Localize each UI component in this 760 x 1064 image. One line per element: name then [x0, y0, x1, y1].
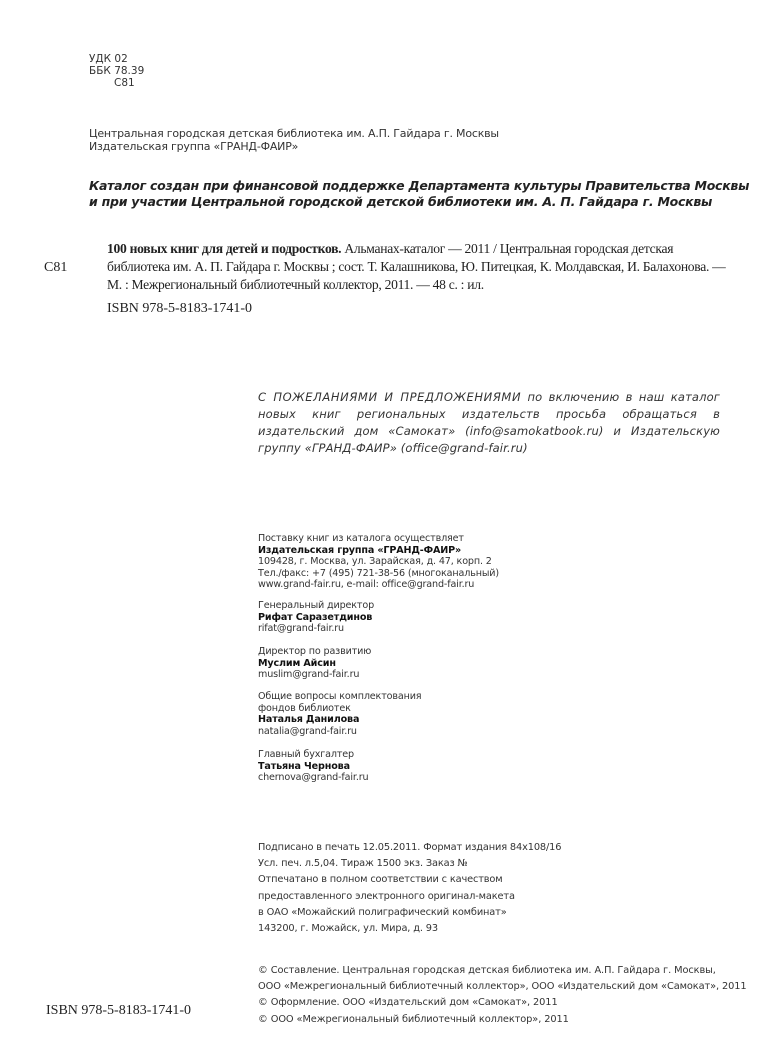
- copyright-block: © Составление. Центральная городская дет…: [258, 963, 747, 1028]
- imprint-line: Подписано в печать 12.05.2011. Формат из…: [258, 840, 561, 856]
- bbk-code: ББК 78.39: [89, 65, 144, 77]
- udk-code: УДК 02: [89, 53, 144, 65]
- bib-line: Альманах-каталог — 2011 / Центральная го…: [341, 241, 673, 256]
- imprint-line: предоставленного электронного оригинал-м…: [258, 889, 561, 905]
- supply-web: www.grand-fair.ru, e-mail: office@grand-…: [258, 579, 499, 591]
- copyright-line: © ООО «Межрегиональный библиотечный колл…: [258, 1012, 747, 1028]
- supply-intro: Поставку книг из каталога осуществляет: [258, 533, 499, 545]
- contact-name: Рифат Саразетдинов: [258, 612, 372, 623]
- support-note: Каталог создан при финансовой поддержке …: [89, 178, 749, 210]
- imprint-line: Усл. печ. л.5,04. Тираж 1500 экз. Заказ …: [258, 856, 561, 872]
- classification-codes: УДК 02 ББК 78.39 С81: [89, 53, 144, 89]
- contact-role: Директор по развитию: [258, 646, 371, 658]
- contact-name: Татьяна Чернова: [258, 761, 350, 772]
- wishes-caps: С ПОЖЕЛАНИЯМИ И ПРЕДЛОЖЕНИЯМИ: [258, 390, 521, 404]
- copyright-line: © Оформление. ООО «Издательский дом «Сам…: [258, 995, 747, 1011]
- bibliographic-record: 100 новых книг для детей и подростков. А…: [107, 240, 727, 294]
- supply-block: Поставку книг из каталога осуществляет И…: [258, 533, 499, 591]
- supply-phone: Тел./факс: +7 (495) 721-38-56 (многокана…: [258, 568, 499, 580]
- supply-address: 109428, г. Москва, ул. Зарайская, д. 47,…: [258, 556, 499, 568]
- contact-role: Общие вопросы комплектования: [258, 691, 421, 703]
- contact-name: Наталья Данилова: [258, 714, 359, 725]
- book-title: 100 новых книг для детей и подростков.: [107, 241, 341, 256]
- contact-email: natalia@grand-fair.ru: [258, 726, 421, 738]
- copyright-line: © Составление. Центральная городская дет…: [258, 963, 747, 979]
- contact-name: Муслим Айсин: [258, 658, 336, 669]
- contact-role: фондов библиотек: [258, 703, 421, 715]
- supply-name: Издательская группа «ГРАНД-ФАИР»: [258, 545, 461, 556]
- imprint-block: Подписано в печать 12.05.2011. Формат из…: [258, 840, 561, 937]
- isbn-footer: ISBN 978-5-8183-1741-0: [46, 1003, 191, 1019]
- support-note-line: Каталог создан при финансовой поддержке …: [89, 178, 749, 194]
- contact-role: Генеральный директор: [258, 600, 374, 612]
- copyright-line: ООО «Межрегиональный библиотечный коллек…: [258, 979, 747, 995]
- bibliographic-side-code: С81: [44, 260, 67, 276]
- support-note-line: и при участии Центральной городской детс…: [89, 194, 749, 210]
- author-sign: С81: [89, 77, 144, 89]
- contact-email: muslim@grand-fair.ru: [258, 669, 371, 681]
- contact-role: Главный бухгалтер: [258, 749, 368, 761]
- contact-development-director: Директор по развитию Муслим Айсин muslim…: [258, 646, 371, 681]
- contact-email: rifat@grand-fair.ru: [258, 623, 374, 635]
- bib-line: М. : Межрегиональный библиотечный коллек…: [107, 276, 727, 294]
- contact-chief-accountant: Главный бухгалтер Татьяна Чернова cherno…: [258, 749, 368, 784]
- imprint-line: Отпечатано в полном соответствии с качес…: [258, 872, 561, 888]
- publisher-line: Центральная городская детская библиотека…: [89, 127, 499, 140]
- imprint-line: в ОАО «Можайский полиграфический комбина…: [258, 905, 561, 921]
- isbn: ISBN 978-5-8183-1741-0: [107, 301, 252, 317]
- contact-general-director: Генеральный директор Рифат Саразетдинов …: [258, 600, 374, 635]
- publisher-line: Издательская группа «ГРАНД-ФАИР»: [89, 140, 499, 153]
- contact-acquisitions: Общие вопросы комплектования фондов библ…: [258, 691, 421, 737]
- publishers-block: Центральная городская детская библиотека…: [89, 127, 499, 153]
- wishes-note: С ПОЖЕЛАНИЯМИ И ПРЕДЛОЖЕНИЯМИ по включен…: [258, 389, 720, 457]
- imprint-line: 143200, г. Можайск, ул. Мира, д. 93: [258, 921, 561, 937]
- bib-line: библиотека им. А. П. Гайдара г. Москвы ;…: [107, 258, 727, 276]
- contact-email: chernova@grand-fair.ru: [258, 772, 368, 784]
